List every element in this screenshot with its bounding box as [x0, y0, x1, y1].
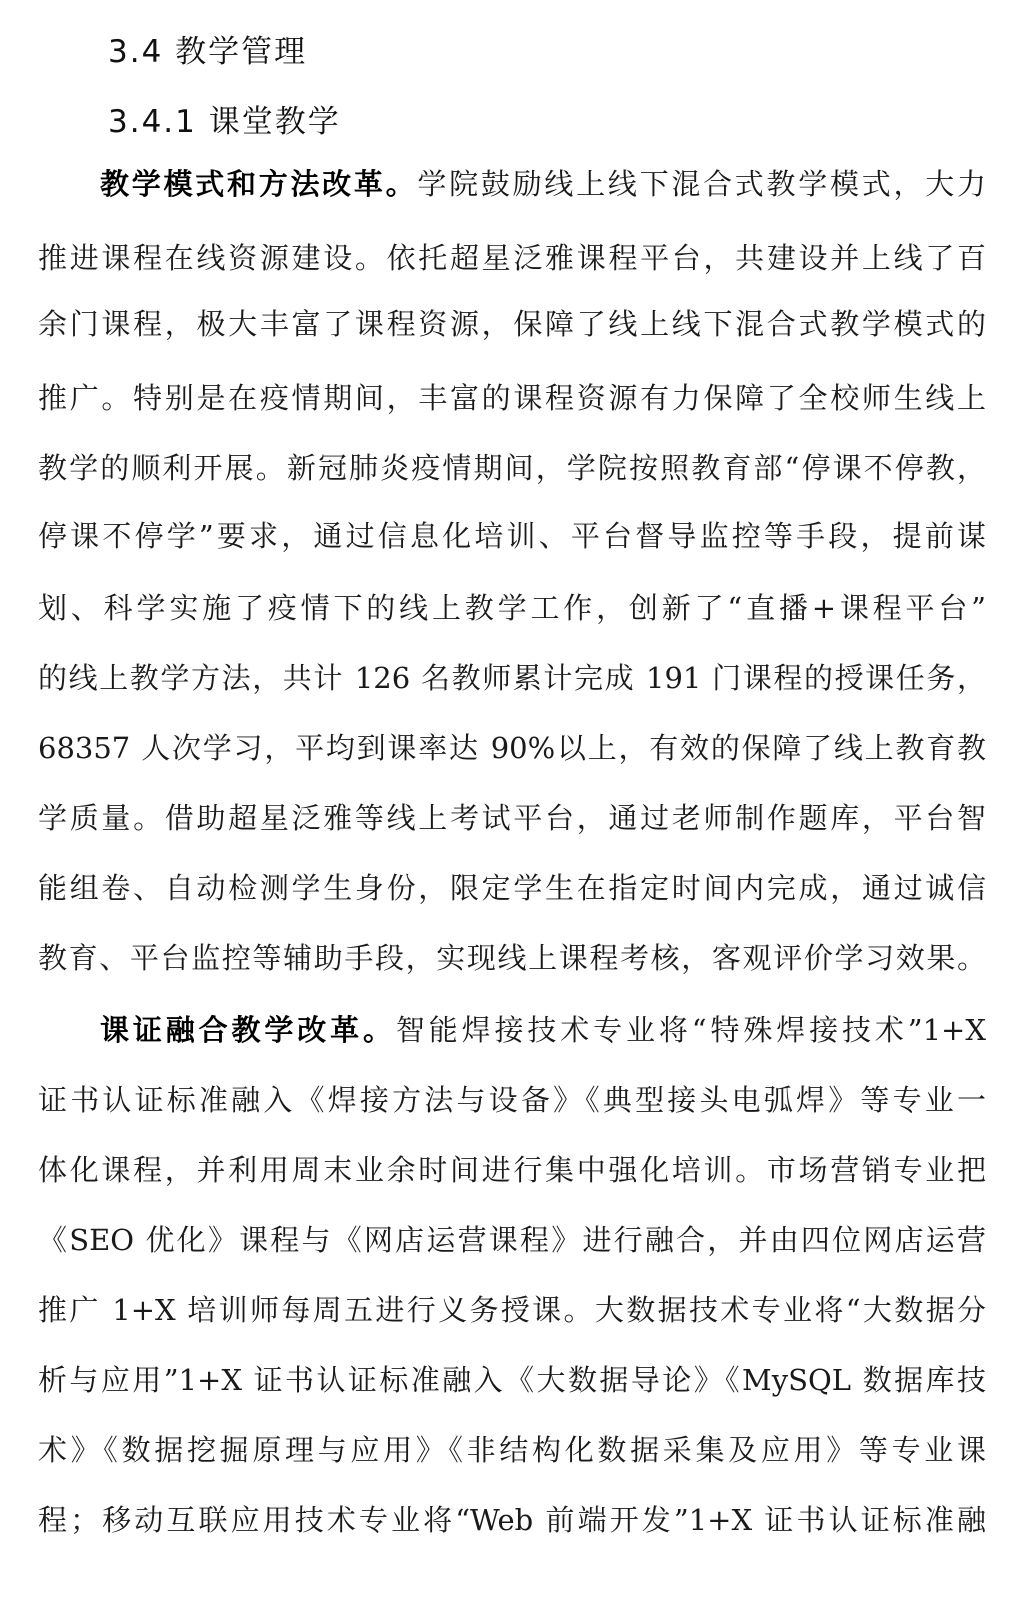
paragraph-line: 推进课程在线资源建设。依托超星泛雅课程平台，共建设并上线了百 [38, 240, 986, 276]
paragraph-line: 学质量。借助超星泛雅等线上考试平台，通过老师制作题库，平台智 [38, 800, 986, 836]
paragraph-line: 体化课程，并利用周末业余时间进行集中强化培训。市场营销专业把 [38, 1152, 986, 1188]
paragraph-line: 术》《数据挖掘原理与应用》《非结构化数据采集及应用》等专业课 [38, 1432, 986, 1468]
paragraph-line: 能组卷、自动检测学生身份，限定学生在指定时间内完成，通过诚信 [38, 870, 986, 906]
paragraph-line: 推广。特别是在疫情期间，丰富的课程资源有力保障了全校师生线上 [38, 380, 986, 416]
paragraph-line: 析与应用”1+X 证书认证标准融入《大数据导论》《MySQL 数据库技 [38, 1362, 986, 1398]
paragraph-line: 划、科学实施了疫情下的线上教学工作，创新了“直播+课程平台” [38, 590, 986, 626]
document-page: 3.4 教学管理 3.4.1 课堂教学 教学模式和方法改革。学院鼓励线上线下混合… [0, 0, 1024, 1599]
subsection-heading: 3.4.1 课堂教学 [108, 96, 341, 141]
paragraph-line: 68357 人次学习，平均到课率达 90%以上，有效的保障了线上教育教 [38, 730, 986, 766]
paragraph-lead: 课证融合教学改革。 [100, 1013, 396, 1047]
paragraph-lead: 教学模式和方法改革。 [100, 167, 417, 201]
section-heading: 3.4 教学管理 [108, 26, 307, 71]
paragraph-line: 证书认证标准融入《焊接方法与设备》《典型接头电弧焊》等专业一 [38, 1082, 986, 1118]
paragraph-line: 停课不停学”要求，通过信息化培训、平台督导监控等手段，提前谋 [38, 518, 986, 554]
paragraph-line: 教育、平台监控等辅助手段，实现线上课程考核，客观评价学习效果。 [38, 940, 986, 976]
paragraph-line: 推广 1+X 培训师每周五进行义务授课。大数据技术专业将“大数据分 [38, 1292, 986, 1328]
paragraph-line: 教学模式和方法改革。学院鼓励线上线下混合式教学模式，大力 [100, 166, 986, 202]
paragraph-line: 教学的顺利开展。新冠肺炎疫情期间，学院按照教育部“停课不停教， [38, 450, 986, 486]
paragraph-line: 课证融合教学改革。智能焊接技术专业将“特殊焊接技术”1+X [100, 1012, 986, 1048]
paragraph-line: 《SEO 优化》课程与《网店运营课程》进行融合，并由四位网店运营 [38, 1222, 986, 1258]
paragraph-line: 余门课程，极大丰富了课程资源，保障了线上线下混合式教学模式的 [38, 306, 986, 342]
paragraph-line: 程；移动互联应用技术专业将“Web 前端开发”1+X 证书认证标准融 [38, 1502, 986, 1538]
paragraph-line: 的线上教学方法，共计 126 名教师累计完成 191 门课程的授课任务， [38, 660, 986, 696]
